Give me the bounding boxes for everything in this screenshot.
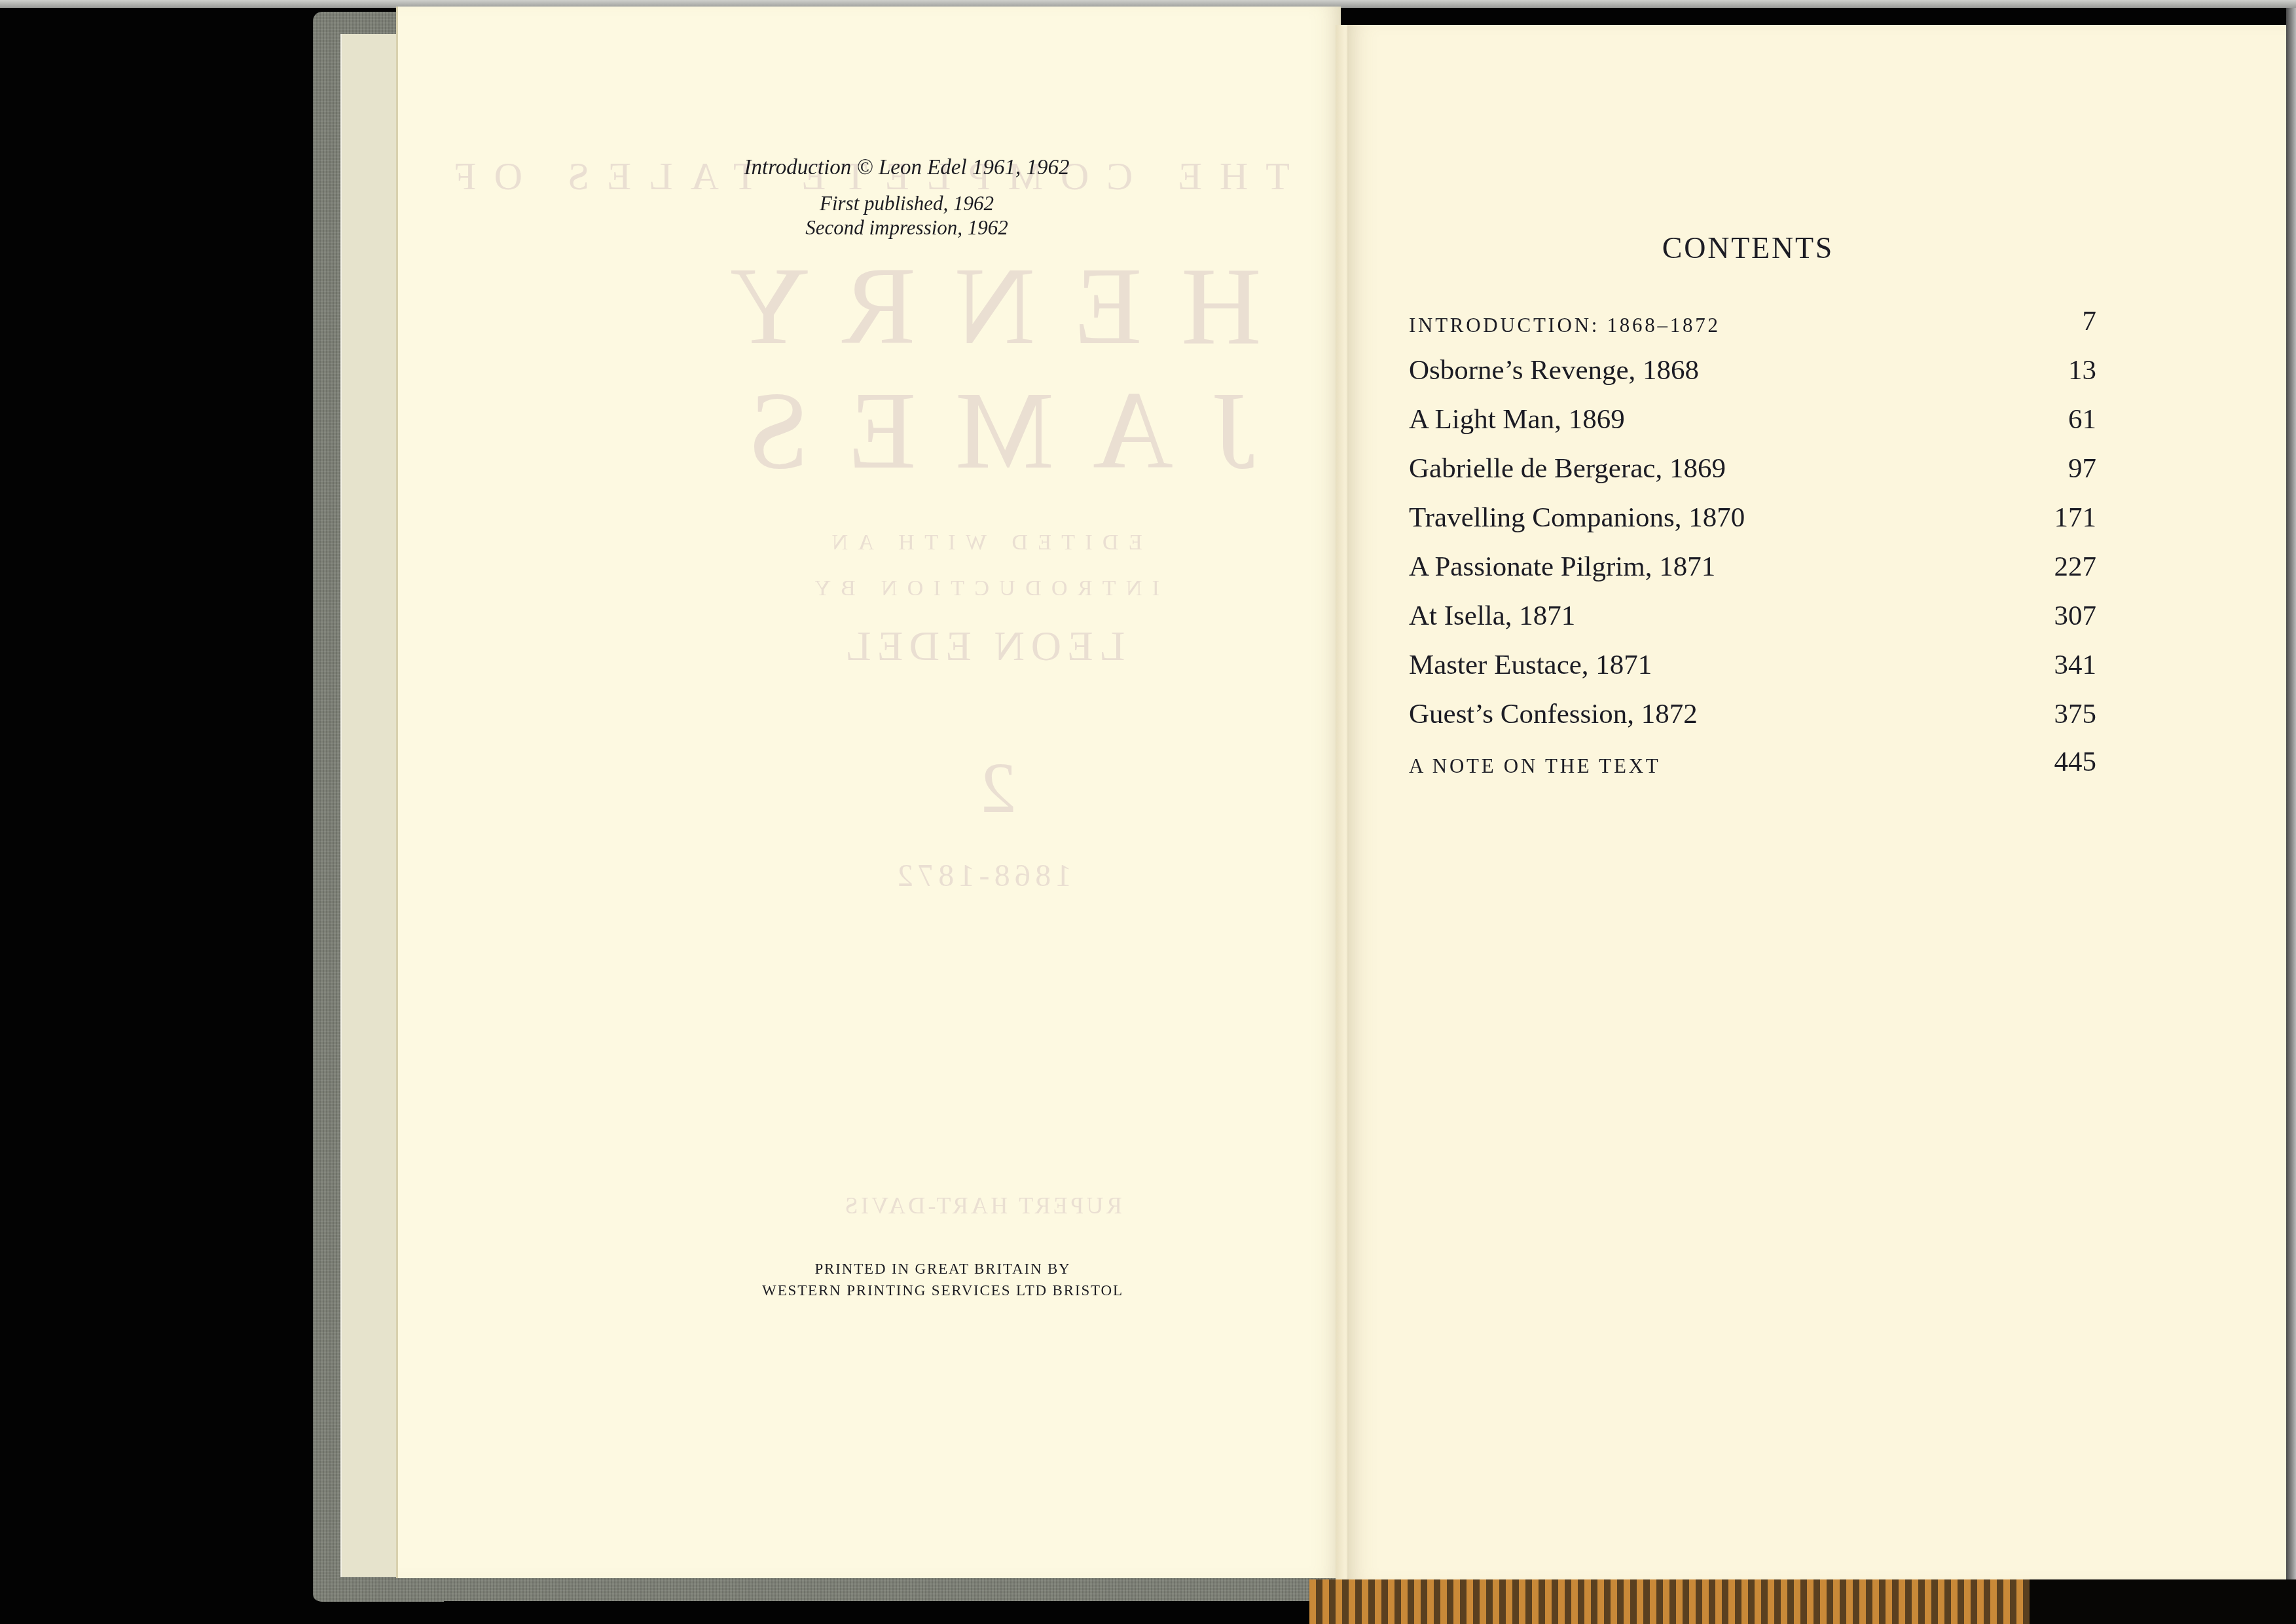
page-edge <box>2286 8 2296 1581</box>
toc-entry-page: 375 <box>2054 698 2097 730</box>
toc-entry-page: 171 <box>2054 502 2097 534</box>
toc-entry: Master Eustace, 1871 341 <box>1409 642 2096 681</box>
toc-entry-title: Travelling Companions, 1870 <box>1409 502 1745 534</box>
toc-entry: A Light Man, 1869 61 <box>1409 396 2096 435</box>
first-published-line: First published, 1962 <box>671 192 1142 215</box>
imprint-line-1: PRINTED IN GREAT BRITAIN BY <box>681 1261 1205 1278</box>
toc-entry-title: At Isella, 1871 <box>1409 600 1575 632</box>
toc-entry: Travelling Companions, 1870 171 <box>1409 494 2096 534</box>
toc-entry: Osborne’s Revenge, 1868 13 <box>1409 347 2096 386</box>
toc-entry-page: 97 <box>2068 452 2096 485</box>
show-through-intro: INTRODUCTION BY <box>720 576 1244 601</box>
toc-entry-page: 445 <box>2054 746 2097 778</box>
second-impression-line: Second impression, 1962 <box>671 216 1142 240</box>
contents-heading: CONTENTS <box>1571 231 1925 265</box>
toc-entry-title: Master Eustace, 1871 <box>1409 649 1652 681</box>
scanner-bottom-shadow <box>2030 1579 2296 1624</box>
toc-entry: Gabrielle de Bergerac, 1869 97 <box>1409 445 2096 485</box>
toc-entry: INTRODUCTION: 1868–1872 7 <box>1409 298 2096 337</box>
toc-entry-page: 61 <box>2068 403 2096 435</box>
toc-entry-page: 13 <box>2068 354 2096 386</box>
toc-entry: A Passionate Pilgrim, 1871 227 <box>1409 544 2096 583</box>
show-through-author-first: HENRY <box>661 242 1290 370</box>
toc-entry-title: Guest’s Confession, 1872 <box>1409 698 1698 730</box>
toc-entry-page: 227 <box>2054 551 2097 583</box>
show-through-publisher: RUPERT HART-DAVIS <box>720 1192 1244 1219</box>
endpaper <box>340 34 401 1577</box>
toc-entry-title: INTRODUCTION: 1868–1872 <box>1409 314 1721 337</box>
toc-entry-page: 307 <box>2054 600 2097 632</box>
toc-entry: Guest’s Confession, 1872 375 <box>1409 691 2096 730</box>
toc-entry-page: 341 <box>2054 649 2097 681</box>
toc-entry-title: A NOTE ON THE TEXT <box>1409 754 1660 778</box>
imprint-line-2: WESTERN PRINTING SERVICES LTD BRISTOL <box>681 1282 1205 1299</box>
book-cover-cloth-bottom <box>313 1575 1360 1601</box>
show-through-editor: LEON EDEL <box>720 622 1244 671</box>
show-through-volume: 2 <box>720 747 1244 830</box>
toc-entry-title: Gabrielle de Bergerac, 1869 <box>1409 452 1726 485</box>
copyright-line: Introduction © Leon Edel 1961, 1962 <box>671 156 1142 180</box>
show-through-years: 1868-1872 <box>720 858 1244 894</box>
toc-entry-title: A Passionate Pilgrim, 1871 <box>1409 551 1715 583</box>
toc-entry-page: 7 <box>2083 305 2097 337</box>
show-through-edited: EDITED WITH AN <box>720 530 1244 555</box>
show-through-author-last: JAMES <box>687 367 1277 494</box>
toc-entry-title: A Light Man, 1869 <box>1409 403 1625 435</box>
toc-entry: A NOTE ON THE TEXT 445 <box>1409 739 2096 778</box>
toc-entry: At Isella, 1871 307 <box>1409 593 2096 632</box>
toc-entry-title: Osborne’s Revenge, 1868 <box>1409 354 1699 386</box>
